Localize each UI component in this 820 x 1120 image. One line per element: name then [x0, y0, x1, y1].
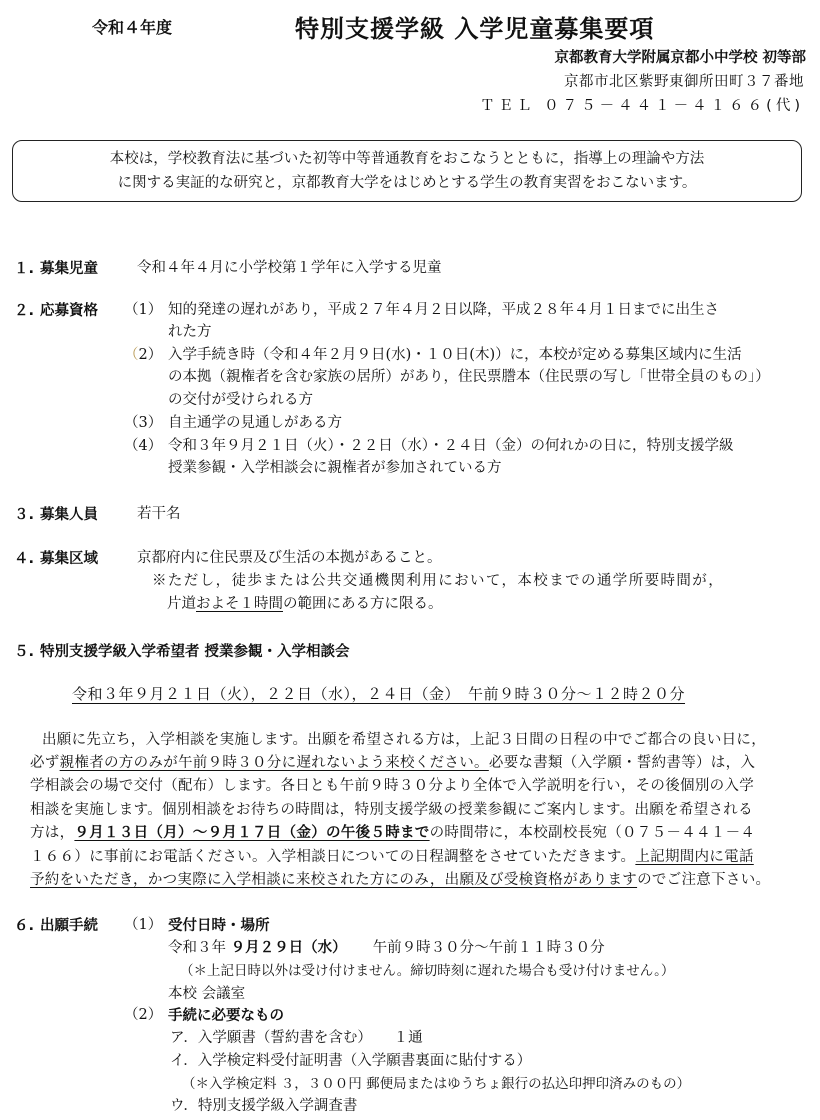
- section-heading: 募集区域: [40, 547, 98, 568]
- reception-note: （＊上記日時以外は受け付けません。締切時刻に遅れた場合も受け付けません。）: [180, 959, 674, 979]
- item-label: （3）: [124, 411, 162, 432]
- para-text: のでご注意下さい。: [637, 872, 770, 888]
- para-text: 必要な書類（入学願・誓約書等）は，入: [489, 755, 755, 771]
- item-label-open-paren: （: [124, 347, 139, 363]
- item-label: （2）: [124, 343, 162, 364]
- section-heading: 特別支援学級入学希望者 授業参観・入学相談会: [40, 640, 350, 661]
- item-line: れた方: [168, 320, 212, 341]
- fiscal-year: 令和４年度: [92, 15, 172, 38]
- paragraph-line: 予約をいただき，かつ実際に入学相談に来校された方にのみ，出願及び受検資格がありま…: [30, 868, 810, 889]
- para-underlined: 予約をいただき，かつ実際に入学相談に来校された方にのみ，出願及び受検資格がありま…: [30, 872, 637, 888]
- paragraph-line: １６６）に事前にお電話ください。入学相談日についての日程調整をさせていただきます…: [30, 845, 810, 866]
- section-heading: 出願手続: [40, 914, 98, 935]
- para-underlined: ９月１３日（月）～９月１７日（金）の午後５時まで: [74, 825, 429, 841]
- school-address: 京都市北区紫野東御所田町３７番地: [564, 70, 804, 91]
- area-note: ※ただし，徒歩または公共交通機関利用において，本校までの通学所要時間が，: [152, 569, 724, 590]
- section-number: １.: [14, 257, 34, 278]
- section-text: 若干名: [137, 502, 181, 523]
- item-label: （2）: [124, 1003, 162, 1024]
- section-number: ５.: [14, 640, 34, 661]
- item-line: 知的発達の遅れがあり，平成２７年４月２日以降，平成２８年４月１日までに出生さ: [168, 298, 719, 319]
- section-number: ２.: [14, 299, 34, 320]
- para-underlined: 親権者の方のみが午前９時３０分に遅れないよう来校ください。: [60, 755, 489, 771]
- requirement-item: ウ．特別支援学級入学調査書: [170, 1094, 357, 1115]
- section-heading: 募集人員: [40, 503, 98, 524]
- item-title: 受付日時・場所: [168, 914, 270, 935]
- note-text: の範囲にある方に限る。: [283, 596, 443, 612]
- item-line: 入学手続き時（令和４年２月９日(水)・１０日(木)）に，本校が定める募集区域内に…: [168, 343, 742, 364]
- item-line: 自主通学の見通しがある方: [168, 411, 342, 432]
- intro-line: に関する実証的な研究と，京都教育大学をはじめとする学生の教育実習をおこないます。: [13, 171, 801, 195]
- section-number: ４.: [14, 547, 34, 568]
- item-label-rest: 2）: [139, 347, 163, 363]
- paragraph-line: 方は，９月１３日（月）～９月１７日（金）の午後５時までの時間帯に，本校副校長宛（…: [30, 821, 810, 842]
- paragraph-line: 出願に先立ち，入学相談を実施します。出願を希望される方は，上記３日間の日程の中で…: [42, 728, 820, 749]
- section-text: 令和４年４月に小学校第１学年に入学する児童: [137, 256, 442, 277]
- section-heading: 応募資格: [40, 299, 98, 320]
- requirement-item: イ．入学検定料受付証明書（入学願書裏面に貼付する）: [170, 1049, 531, 1070]
- reception-datetime: 令和３年 ９月２９日（水）午前９時３０分～午前１１時３０分: [168, 936, 605, 957]
- section-heading: 募集児童: [40, 257, 98, 278]
- item-line: 授業参観・入学相談会に親権者が参加されている方: [168, 456, 502, 477]
- date-prefix: 令和３年: [168, 940, 231, 956]
- reception-place: 本校 会議室: [168, 982, 245, 1003]
- note-text: 片道: [167, 596, 196, 612]
- item-line: の本拠（親権者を含む家族の居所）があり，住民票謄本（住民票の写し「世帯全員のもの…: [168, 365, 770, 386]
- reception-time: 午前９時３０分～午前１１時３０分: [373, 940, 605, 956]
- intro-line: 本校は，学校教育法に基づいた初等中等普通教育をおこなうとともに，指導上の理論や方…: [13, 147, 801, 171]
- page-title: 特別支援学級 入学児童募集要項: [295, 9, 654, 44]
- intro-box: 本校は，学校教育法に基づいた初等中等普通教育をおこなうとともに，指導上の理論や方…: [12, 140, 802, 202]
- school-phone: ＴＥＬ ０７５－４４１－４１６６(代): [480, 94, 804, 115]
- date-bold: ９月２９日（水）: [231, 940, 347, 956]
- item-label: （1）: [124, 298, 162, 319]
- para-text: 方は，: [30, 825, 74, 841]
- item-label: （4）: [124, 434, 162, 455]
- para-text: １６６）に事前にお電話ください。入学相談日についての日程調整をさせていただきます…: [30, 849, 635, 865]
- section-text: 京都府内に住民票及び生活の本拠があること。: [137, 546, 442, 567]
- area-note-line2: 片道およそ１時間の範囲にある方に限る。: [167, 592, 443, 613]
- para-text: の時間帯に，本校副校長宛（０７５－４４１－４: [430, 825, 756, 841]
- item-line: の交付が受けられる方: [168, 388, 313, 409]
- item-line: 令和３年９月２１日（火）・２２日（水）・２４日（金）の何れかの日に，特別支援学級: [168, 434, 734, 455]
- consultation-dates: 令和３年９月２１日（火），２２日（水），２４日（金） 午前９時３０分～１２時２０…: [72, 683, 685, 704]
- note-underlined: およそ１時間: [196, 596, 283, 612]
- requirement-note: （＊入学検定料 ３，３００円 郵便局またはゆうちょ銀行の払込印押印済みのもの）: [182, 1072, 690, 1092]
- paragraph-line: 相談を実施します。個別相談をお待ちの時間は，特別支援学級の授業参観にご案内します…: [30, 798, 810, 819]
- requirement-item: ア．入学願書（誓約書を含む） １通: [170, 1026, 423, 1047]
- section-number: ６.: [14, 914, 34, 935]
- item-title: 手続に必要なもの: [168, 1004, 284, 1025]
- item-label: （1）: [124, 913, 162, 934]
- school-name: 京都教育大学附属京都小中学校 初等部: [554, 46, 806, 67]
- paragraph-line: 学相談会の場で交付（配布）します。各日とも午前９時３０分より全体で入学説明を行い…: [30, 774, 810, 795]
- section-number: ３.: [14, 503, 34, 524]
- para-text: 必ず: [30, 755, 60, 771]
- paragraph-line: 必ず親権者の方のみが午前９時３０分に遅れないよう来校ください。必要な書類（入学願…: [30, 751, 810, 772]
- para-underlined: 上記期間内に電話: [635, 849, 753, 865]
